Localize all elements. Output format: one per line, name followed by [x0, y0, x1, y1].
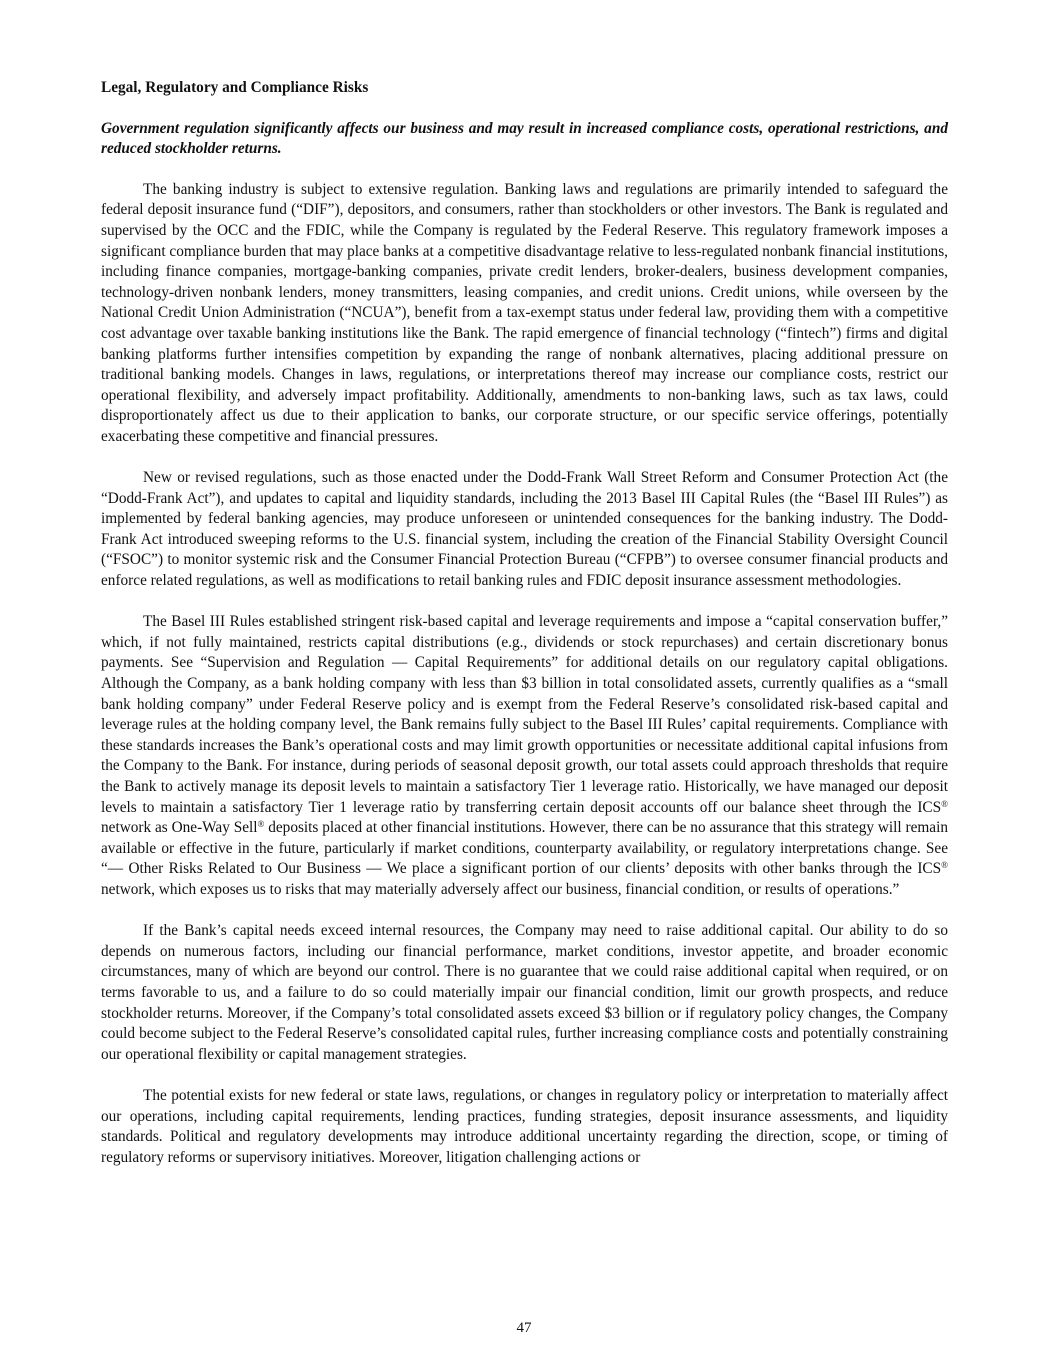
body-paragraph: The potential exists for new federal or …	[101, 1086, 948, 1168]
body-paragraph: New or revised regulations, such as thos…	[101, 468, 948, 592]
paragraph-text: If the Bank’s capital needs exceed inter…	[101, 922, 948, 1063]
body-paragraph: The Basel III Rules established stringen…	[101, 612, 948, 900]
paragraph-text: The potential exists for new federal or …	[101, 1087, 948, 1166]
paragraph-text: The Basel III Rules established stringen…	[101, 613, 948, 815]
section-heading: Legal, Regulatory and Compliance Risks	[101, 78, 948, 99]
paragraph-text: New or revised regulations, such as thos…	[101, 469, 948, 589]
risk-factor-title: Government regulation significantly affe…	[101, 119, 948, 160]
paragraph-text: The banking industry is subject to exten…	[101, 181, 948, 445]
page-number: 47	[0, 1320, 1048, 1337]
registered-mark: ®	[941, 860, 948, 870]
registered-mark: ®	[941, 799, 948, 809]
body-paragraph: If the Bank’s capital needs exceed inter…	[101, 921, 948, 1065]
body-paragraphs: The banking industry is subject to exten…	[101, 180, 948, 1169]
paragraph-text: network as One-Way Sell	[101, 819, 258, 836]
document-page: Legal, Regulatory and Compliance Risks G…	[101, 78, 948, 1189]
paragraph-text: network, which exposes us to risks that …	[101, 881, 899, 898]
body-paragraph: The banking industry is subject to exten…	[101, 180, 948, 448]
